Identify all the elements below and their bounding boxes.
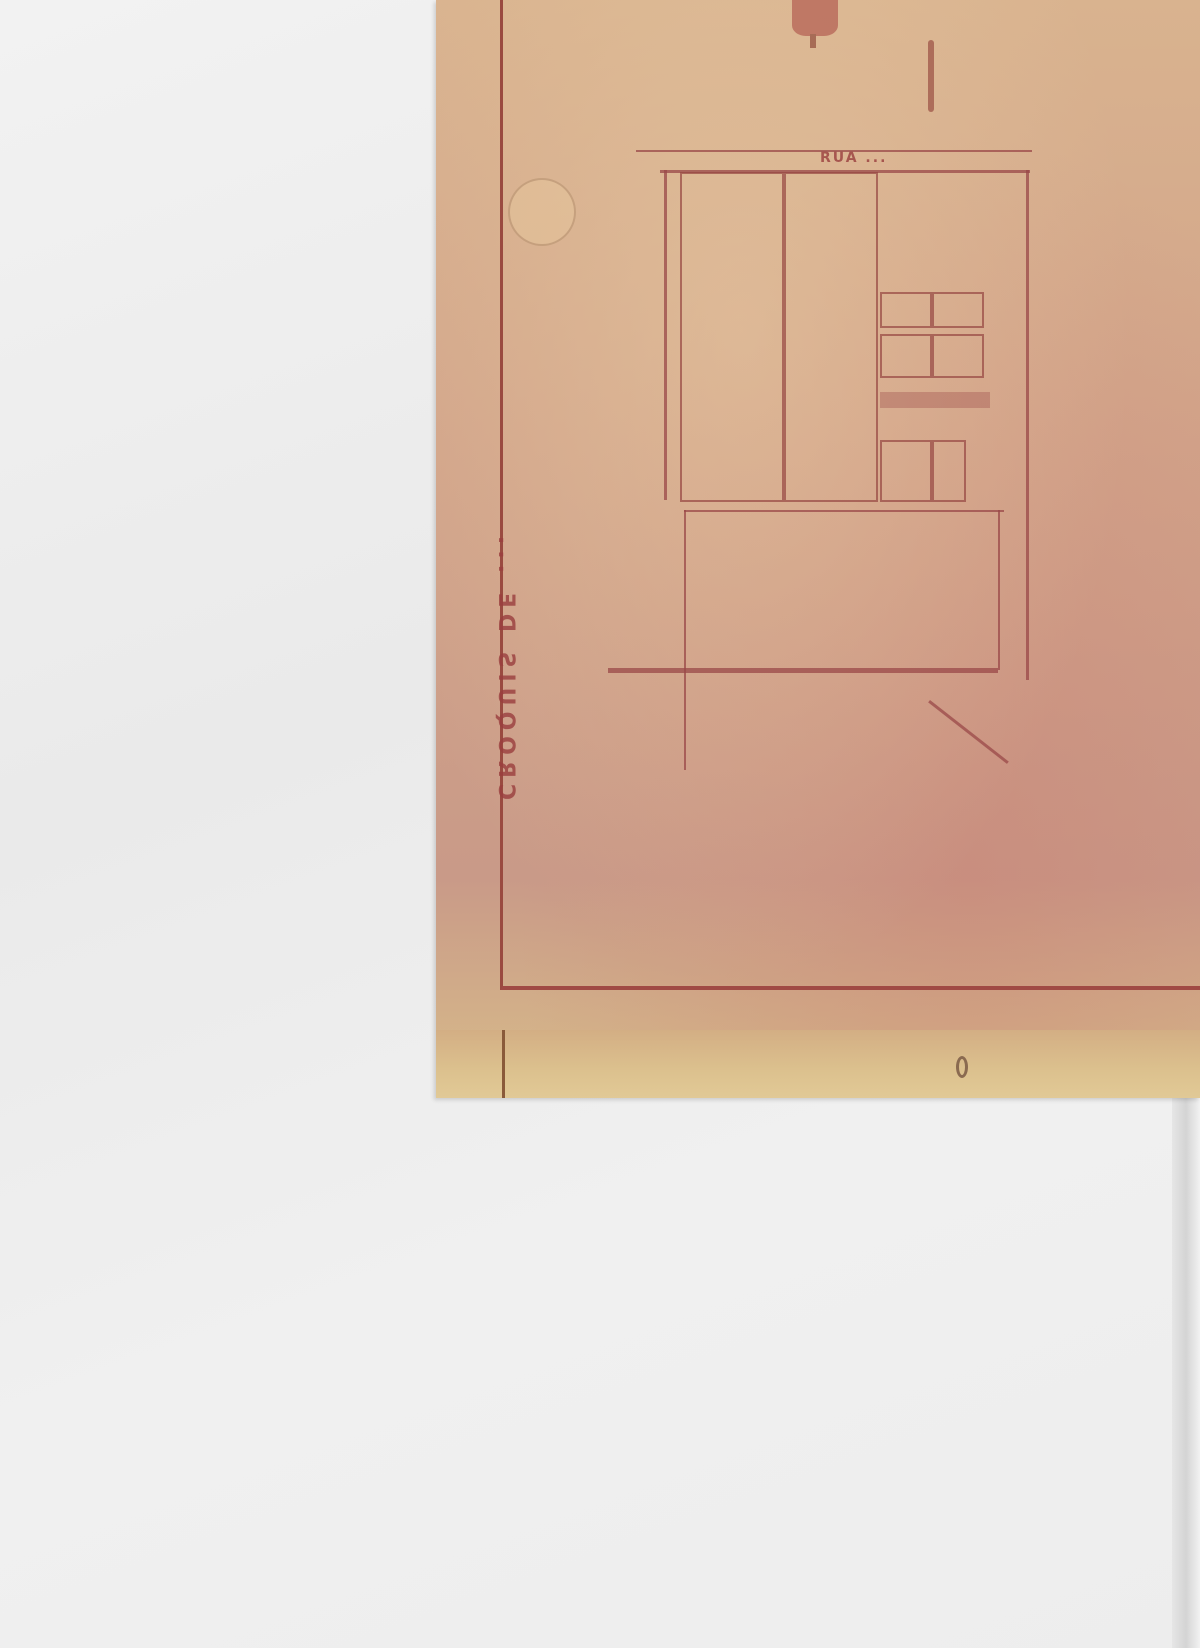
left-boundary-line <box>664 170 667 500</box>
paper-margin-strip <box>436 1030 1200 1098</box>
right-lot-cell <box>880 334 932 378</box>
paper-hole-mark <box>956 1056 968 1078</box>
right-lot-cell <box>932 292 984 328</box>
ink-blot-mark <box>792 0 838 36</box>
right-road-line <box>1026 170 1029 680</box>
right-lot-cell <box>880 292 932 328</box>
top-road-line <box>636 150 1032 152</box>
right-lot-cell <box>932 334 984 378</box>
right-lot-cell <box>932 440 966 502</box>
north-arrow-icon <box>928 40 934 112</box>
margin-fold-line <box>502 1030 505 1098</box>
lot-strip <box>880 392 990 408</box>
right-lot-cell <box>880 440 932 502</box>
stamp-circle-icon <box>508 178 576 246</box>
left-lot <box>680 172 784 502</box>
bottom-road-line <box>608 668 998 673</box>
center-lot <box>784 172 878 502</box>
lower-right-boundary <box>998 510 1000 670</box>
lower-left-boundary <box>684 510 686 770</box>
map-title: CROQUIS DE ... <box>478 300 518 800</box>
background-shadow <box>1172 1040 1200 1648</box>
mid-boundary-line <box>684 510 1004 512</box>
top-street-label: RUA ... <box>820 150 887 166</box>
